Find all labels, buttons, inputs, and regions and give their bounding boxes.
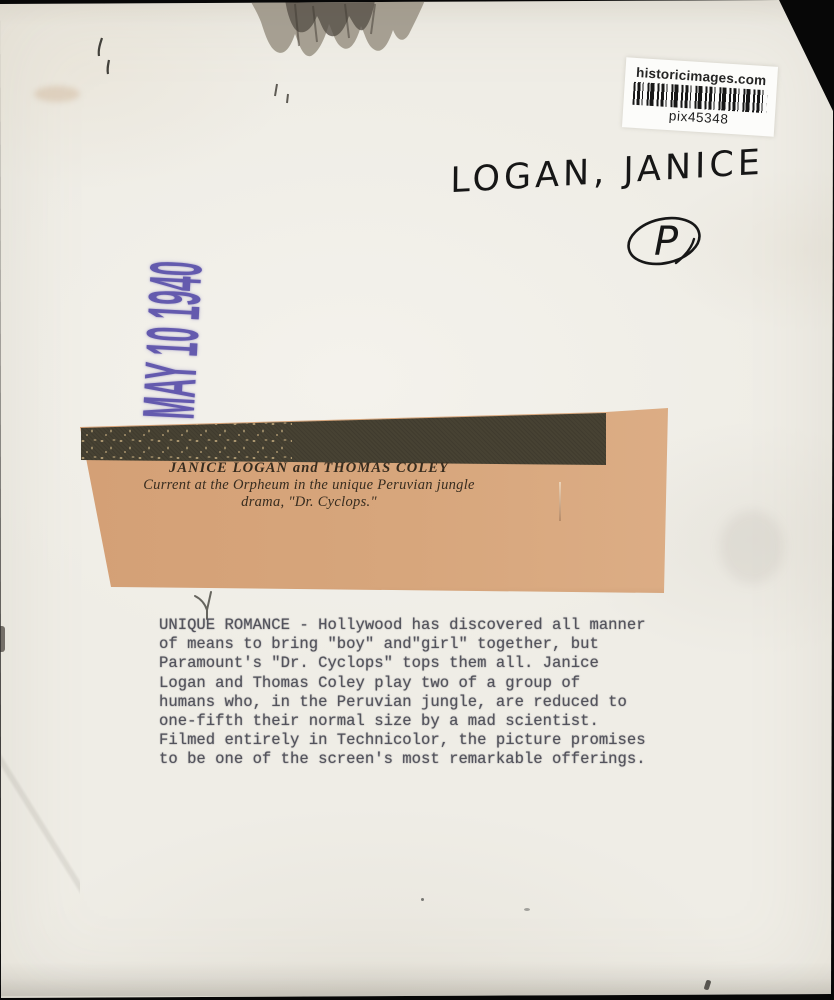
typed-caption-line: UNIQUE ROMANCE - Hollywood has discovere…: [159, 616, 646, 635]
clipping-caption-line: drama, "Dr. Cyclops.": [78, 494, 540, 511]
ink-flecks: [88, 34, 128, 79]
typed-caption-line: Filmed entirely in Technicolor, the pict…: [159, 731, 646, 750]
edge-mark: [0, 626, 5, 652]
barcode-label: historicimages.com pix45348: [622, 57, 778, 136]
annotation-letter: P: [654, 219, 679, 265]
photo-back-paper: historicimages.com pix45348 LOGAN, JANIC…: [0, 0, 834, 1000]
typed-caption-line: to be one of the screen's most remarkabl…: [159, 750, 646, 769]
news-clipping: JANICE LOGAN and THOMAS COLEY Current at…: [78, 403, 674, 599]
speck: [421, 898, 424, 901]
clipping-caption-title: JANICE LOGAN and THOMAS COLEY: [78, 460, 540, 477]
date-stamp: MAY 10 1940: [125, 259, 220, 421]
clipping-caption-line: Current at the Orpheum in the unique Per…: [78, 477, 540, 494]
typed-caption-line: one-fifth their normal size by a mad sci…: [159, 712, 646, 731]
speck: [524, 908, 530, 911]
circled-p-annotation: P: [616, 203, 712, 279]
typed-caption-line: Paramount's "Dr. Cyclops" tops them all.…: [159, 654, 646, 673]
typed-caption-line: humans who, in the Peruvian jungle, are …: [159, 693, 646, 712]
ink-smudge: [225, 0, 435, 118]
handwritten-name: LOGAN, JANICE: [450, 139, 830, 202]
bottom-edge-shadow: [0, 962, 834, 996]
stain: [720, 510, 784, 584]
clipping-caption: JANICE LOGAN and THOMAS COLEY Current at…: [78, 460, 540, 511]
typed-caption-line: Logan and Thomas Coley play two of a gro…: [159, 674, 646, 693]
stain: [34, 86, 80, 102]
clipping-scratch: [559, 482, 561, 521]
scratch-mark: [0, 748, 80, 898]
typed-caption: UNIQUE ROMANCE - Hollywood has discovere…: [159, 616, 646, 770]
typed-caption-line: of means to bring "boy" and"girl" togeth…: [159, 635, 646, 654]
barcode-code: pix45348: [668, 108, 728, 127]
